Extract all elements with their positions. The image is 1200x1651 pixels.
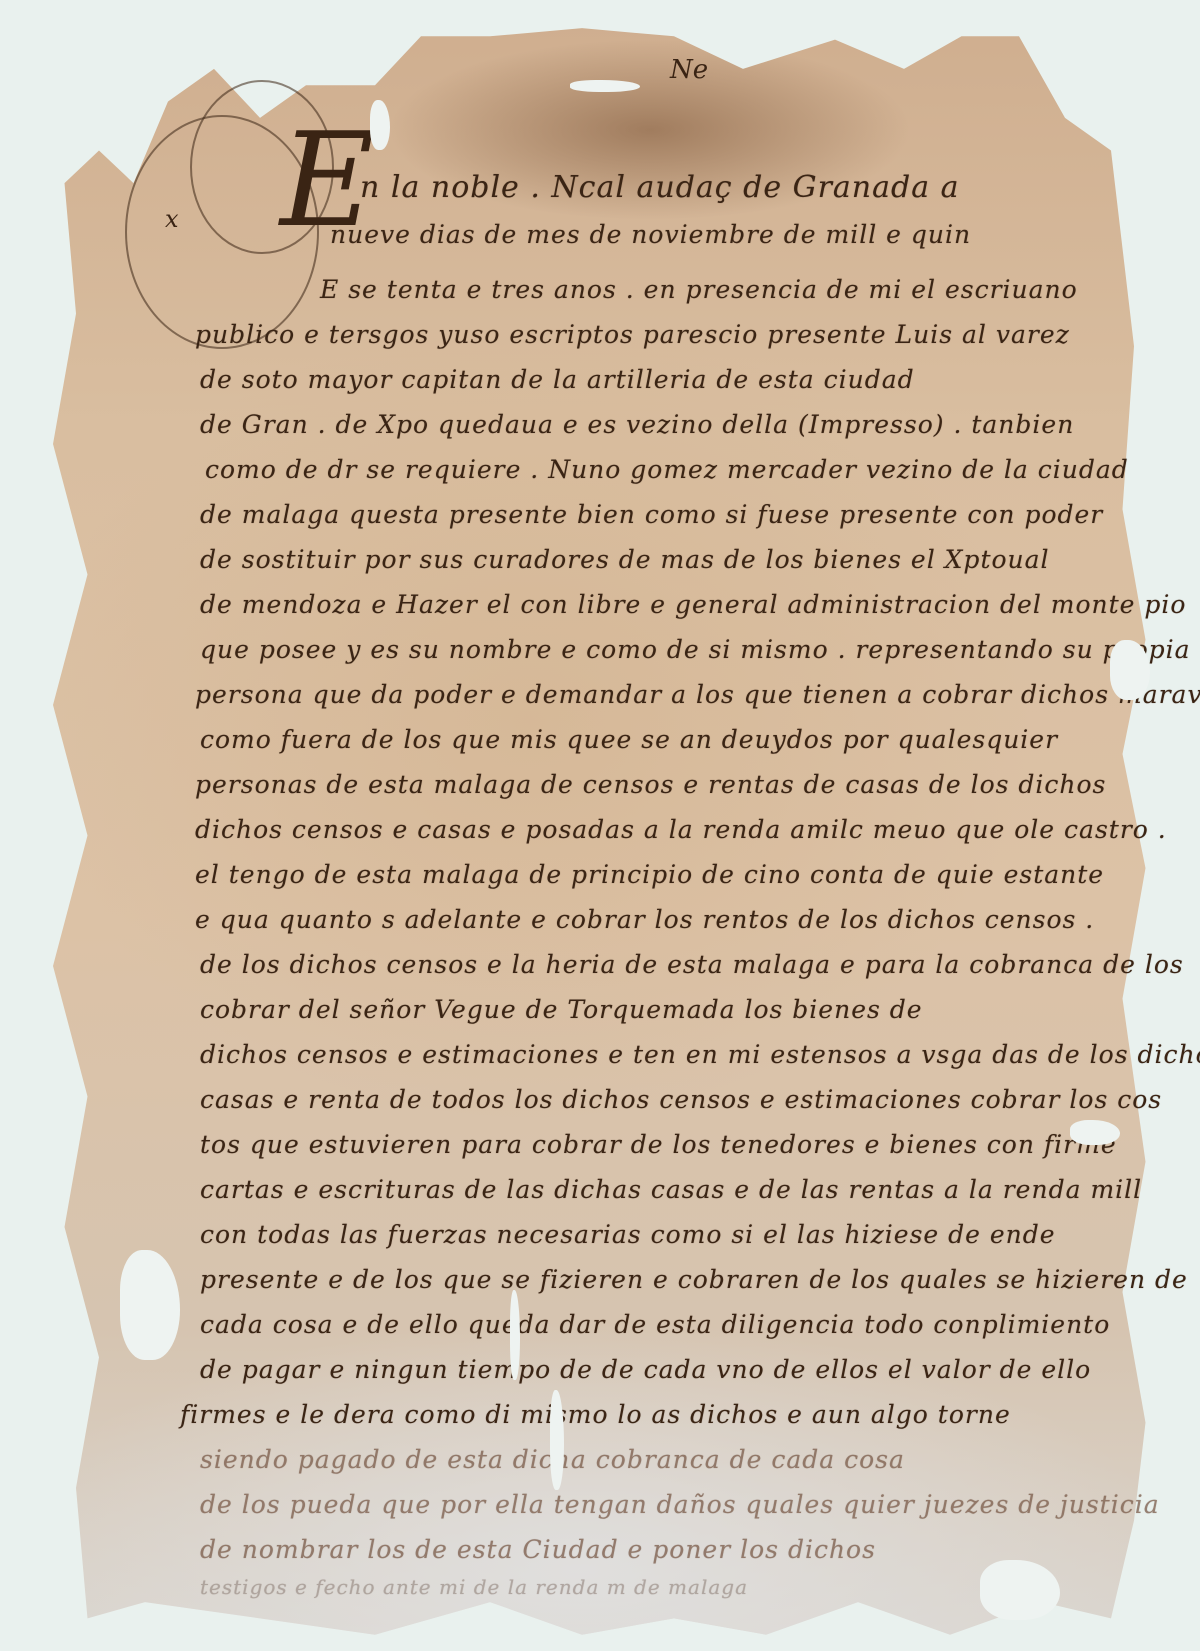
text-line: cada cosa e de ello queda dar de esta di… xyxy=(200,1310,1110,1339)
text-line: cobrar del señor Vegue de Torquemada los… xyxy=(200,995,923,1024)
text-line: E se tenta e tres anos . en presencia de… xyxy=(320,275,1078,304)
text-line: nueve dias de mes de noviembre de mill e… xyxy=(330,220,971,249)
text-line: dichos censos e casas e posadas a la ren… xyxy=(195,815,1167,844)
text-line: el tengo de esta malaga de principio de … xyxy=(195,860,1104,889)
text-line: de nombrar los de esta Ciudad e poner lo… xyxy=(200,1535,876,1564)
damage-hole xyxy=(570,80,640,92)
text-line: que posee y es su nombre e como de si mi… xyxy=(200,635,1191,664)
damage-hole xyxy=(370,100,390,150)
top-annotation: Ne xyxy=(670,55,708,85)
text-line: publico e tersgos yuso escriptos paresci… xyxy=(195,320,1070,349)
text-line: como fuera de los que mis quee se an deu… xyxy=(200,725,1058,754)
text-line: n la noble . Ncal audaç de Granada a xyxy=(360,170,960,205)
damage-hole xyxy=(1070,1120,1120,1145)
text-line: de los dichos censos e la heria de esta … xyxy=(200,950,1184,979)
text-line: cartas e escrituras de las dichas casas … xyxy=(200,1175,1142,1204)
text-line: persona que da poder e demandar a los qu… xyxy=(195,680,1200,709)
text-line: testigos e fecho ante mi de la renda m d… xyxy=(200,1575,748,1599)
text-line: firmes e le dera como di mismo lo as dic… xyxy=(180,1400,1011,1429)
text-line: de pagar e ningun tiempo de de cada vno … xyxy=(200,1355,1091,1384)
text-line: de los pueda que por ella tengan daños q… xyxy=(200,1490,1160,1519)
text-line: de mendoza e Hazer el con libre e genera… xyxy=(200,590,1186,619)
margin-mark: x xyxy=(165,205,179,233)
text-line: con todas las fuerzas necesarias como si… xyxy=(200,1220,1056,1249)
text-line: tos que estuvieren para cobrar de los te… xyxy=(200,1130,1117,1159)
text-line: de Gran . de Xpo quedaua e es vezino del… xyxy=(200,410,1074,439)
manuscript-page: Ne x E n la noble . Ncal audaç de Granad… xyxy=(30,20,1180,1651)
text-line: de malaga questa presente bien como si f… xyxy=(200,500,1103,529)
text-line: dichos censos e estimaciones e ten en mi… xyxy=(200,1040,1200,1069)
text-line: presente e de los que se fizieren e cobr… xyxy=(200,1265,1188,1294)
text-line: de soto mayor capitan de la artilleria d… xyxy=(200,365,915,394)
text-line: personas de esta malaga de censos e rent… xyxy=(195,770,1106,799)
text-line: de sostituir por sus curadores de mas de… xyxy=(200,545,1050,574)
text-line: como de dr se requiere . Nuno gomez merc… xyxy=(205,455,1129,484)
text-line: casas e renta de todos los dichos censos… xyxy=(200,1085,1162,1114)
text-line: e qua quanto s adelante e cobrar los ren… xyxy=(195,905,1094,934)
